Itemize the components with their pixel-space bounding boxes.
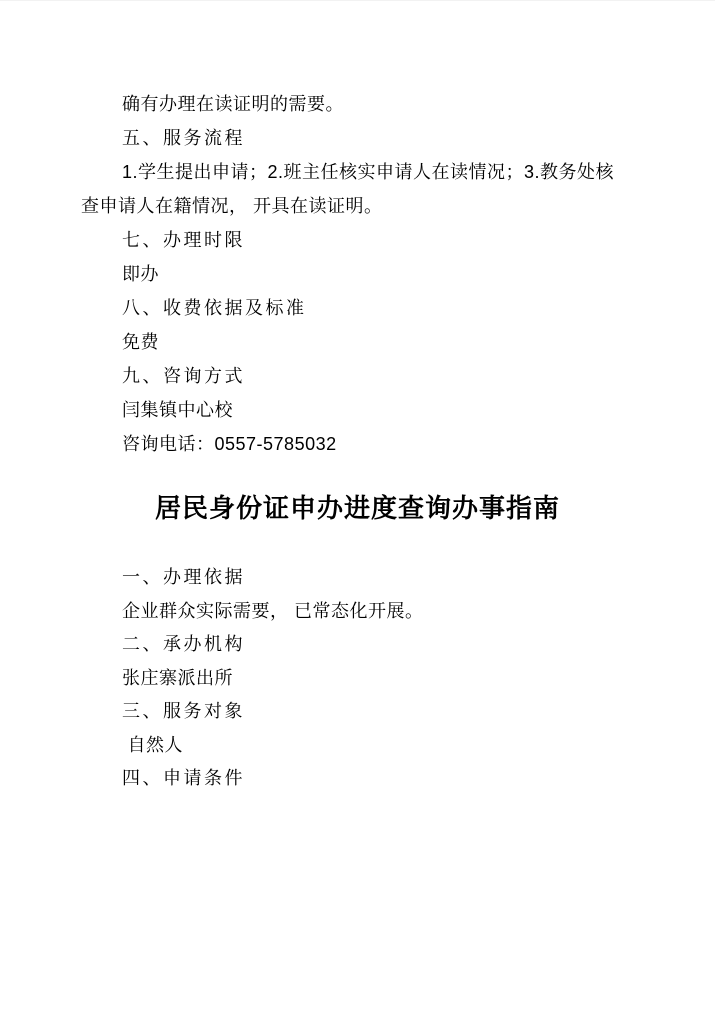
line-organization-name: 闫集镇中心校	[81, 393, 695, 427]
line-consultation-phone: 咨询电话：0557-5785032	[81, 427, 695, 461]
line-immediate-processing: 即办	[81, 257, 695, 291]
heading-undertaking-agency: 二、承办机构	[81, 628, 695, 662]
heading-service-process: 五、服务流程	[81, 121, 695, 155]
section-enrollment-certificate-guide: 确有办理在读证明的需要。 五、服务流程 1.学生提出申请；2.班主任核实申请人在…	[81, 87, 695, 461]
document-page: 确有办理在读证明的需要。 五、服务流程 1.学生提出申请；2.班主任核实申请人在…	[0, 0, 715, 1012]
section-id-card-progress-guide: 一、办理依据 企业群众实际需要， 已常态化开展。 二、承办机构 张庄寨派出所 三…	[81, 561, 695, 796]
line-natural-person: 自然人	[81, 729, 695, 763]
heading-application-conditions: 四、申请条件	[81, 762, 695, 796]
line-need-statement: 确有办理在读证明的需要。	[81, 87, 695, 121]
heading-fee-basis-standard: 八、收费依据及标准	[81, 291, 695, 325]
line-process-steps-part2: 查申请人在籍情况， 开具在读证明。	[81, 189, 695, 223]
heading-handling-basis: 一、办理依据	[81, 561, 695, 595]
heading-consultation-method: 九、咨询方式	[81, 359, 695, 393]
document-title: 居民身份证申办进度查询办事指南	[0, 488, 715, 528]
line-agency-name: 张庄寨派出所	[81, 662, 695, 696]
heading-processing-time-limit: 七、办理时限	[81, 223, 695, 257]
line-process-steps-part1: 1.学生提出申请；2.班主任核实申请人在读情况；3.教务处核	[81, 155, 695, 189]
line-handling-basis-text: 企业群众实际需要， 已常态化开展。	[81, 595, 695, 629]
line-free-of-charge: 免费	[81, 325, 695, 359]
heading-service-target: 三、服务对象	[81, 695, 695, 729]
